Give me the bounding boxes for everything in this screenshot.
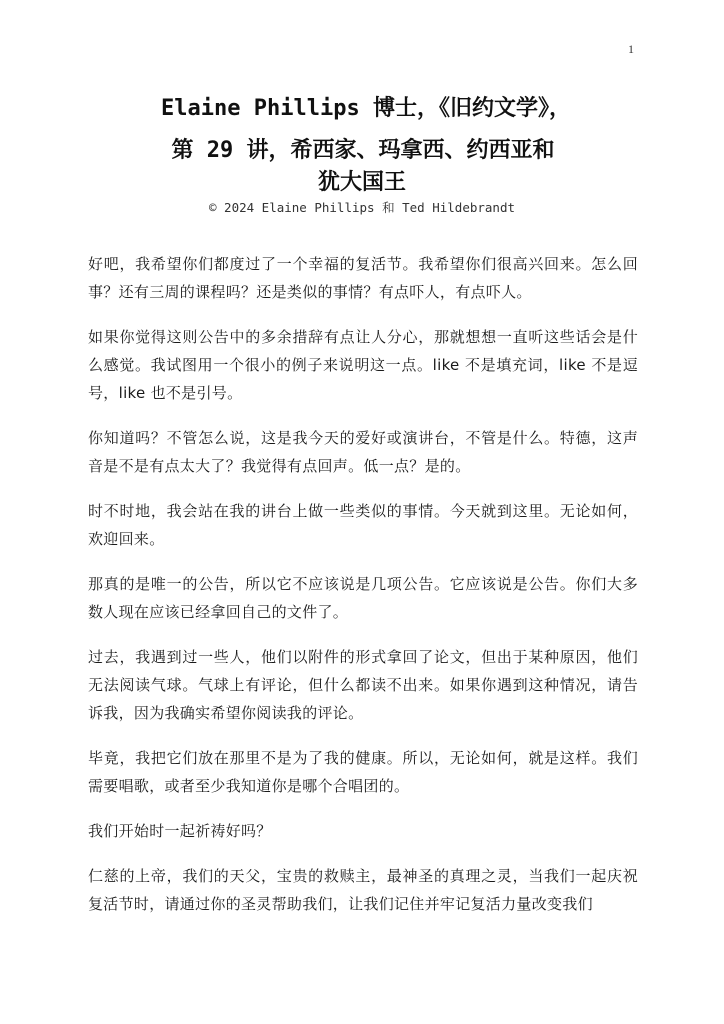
paragraph: 毕竟，我把它们放在那里不是为了我的健康。所以，无论如何，就是这样。我们需要唱歌，… bbox=[88, 744, 638, 800]
document-title-line-2: 第 29 讲，希西家、玛拿西、约西亚和 bbox=[2, 134, 724, 168]
paragraph: 时不时地，我会站在我的讲台上做一些类似的事情。今天就到这里。无论如何，欢迎回来。 bbox=[88, 497, 638, 553]
paragraph: 我们开始时一起祈祷好吗？ bbox=[88, 817, 638, 845]
paragraph: 好吧，我希望你们都度过了一个幸福的复活节。我希望你们很高兴回来。怎么回事？还有三… bbox=[88, 250, 638, 306]
paragraph: 你知道吗？不管怎么说，这是我今天的爱好或演讲台，不管是什么。特德，这声音是不是有… bbox=[88, 424, 638, 480]
paragraph: 那真的是唯一的公告，所以它不应该说是几项公告。它应该说是公告。你们大多数人现在应… bbox=[88, 570, 638, 626]
document-title-line-1: Elaine Phillips 博士，《旧约文学》， bbox=[8, 92, 724, 126]
paragraph: 仁慈的上帝，我们的天父，宝贵的救赎主，最神圣的真理之灵，当我们一起庆祝复活节时，… bbox=[88, 862, 638, 918]
paragraph: 如果你觉得这则公告中的多余措辞有点让人分心，那就想想一直听这些话会是什么感觉。我… bbox=[88, 323, 638, 407]
paragraph: 过去，我遇到过一些人，他们以附件的形式拿回了论文，但出于某种原因，他们无法阅读气… bbox=[88, 643, 638, 727]
document-body: 好吧，我希望你们都度过了一个幸福的复活节。我希望你们很高兴回来。怎么回事？还有三… bbox=[88, 250, 638, 935]
copyright-notice: © 2024 Elaine Phillips 和 Ted Hildebrandt bbox=[0, 200, 724, 216]
document-header: Elaine Phillips 博士，《旧约文学》， 第 29 讲，希西家、玛拿… bbox=[0, 92, 724, 216]
document-title-line-3: 犹大国王 bbox=[0, 166, 724, 200]
page-number: 1 bbox=[628, 42, 634, 57]
